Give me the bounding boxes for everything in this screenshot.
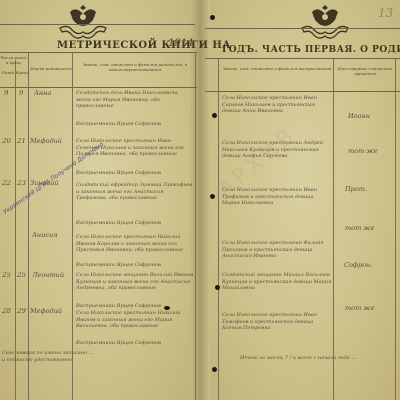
row-4-name: Леонтий xyxy=(32,272,64,279)
binding-hole xyxy=(212,113,217,118)
row-2-parents: Солдатский ефрейтор Зиновий Прокофьев и … xyxy=(76,182,194,216)
col-divider xyxy=(218,58,219,400)
header-bottom-rule-right xyxy=(205,91,400,92)
header-top-rule-right xyxy=(205,58,400,59)
col-divider xyxy=(15,60,16,400)
row-2-note: Восприемники Ярцев Софронов xyxy=(76,220,194,227)
row-2-baptism: 23 xyxy=(17,180,26,187)
col-divider xyxy=(195,52,196,400)
row-1-priest: тот же xyxy=(348,148,378,155)
row-5-birth: 28 xyxy=(2,308,11,315)
col-header-names: Имена родившихся xyxy=(30,66,72,78)
binding-hole xyxy=(212,367,217,372)
col-header-priest: Кто совершал таинство крещения xyxy=(336,66,394,80)
col-header-sponsors: Звание, имя, отчество и фамилия восприем… xyxy=(222,66,332,80)
binding-hole xyxy=(210,15,215,20)
row-2-priest: Прот. xyxy=(345,186,367,193)
left-page-title: МЕТРИЧЕСКОЙ КНИГИ НА xyxy=(57,40,231,51)
header-top-rule-left xyxy=(0,52,197,53)
col-header-baptism: Крещ. xyxy=(16,70,28,84)
row-0-birth: 9 xyxy=(4,90,8,97)
col-header-parents: Звание, имя, отчество и фамилия родителе… xyxy=(76,62,194,76)
binding-hole xyxy=(164,306,170,310)
row-0-note: Восприемники Ярцев Софронов xyxy=(76,121,194,128)
row-4-priest: Софрон. xyxy=(344,262,372,269)
col-divider xyxy=(72,52,73,400)
binding-hole xyxy=(215,285,220,290)
row-1-birth: 20 xyxy=(2,138,11,145)
row-4-baptism: 25 xyxy=(17,272,26,279)
eagle-emblem-right-icon xyxy=(300,2,350,40)
row-5-baptism: 29 xyxy=(17,308,26,315)
left-footer-note: Сего января по имени записано ... и подп… xyxy=(2,350,94,364)
row-0-sponsors: Села Никольское крестьянин Иван Сергеев … xyxy=(222,95,332,123)
row-3-note: Восприемники Ярцев Софронов xyxy=(76,262,194,269)
row-4-birth: 25 xyxy=(2,272,11,279)
row-5-priest: тот же xyxy=(345,305,375,312)
top-rule-left xyxy=(0,24,195,25)
row-5-note: Восприемники Ярцев Софронов xyxy=(76,340,194,347)
year-handwritten: 1914 xyxy=(168,38,193,49)
col-divider xyxy=(333,58,334,400)
row-3-sponsors: Села Никольское крестьянин Филипп Прохор… xyxy=(222,240,332,268)
row-5-sponsors: Села Никольское крестьянин Иван Тимофеев… xyxy=(222,312,332,340)
row-0-baptism: 9 xyxy=(19,90,23,97)
row-1-baptism: 21 xyxy=(17,138,26,145)
right-footer-note: Итого за месяц 7 / и всего с начала года… xyxy=(240,355,400,369)
row-4-note: Восприемники Ярцев Софронов xyxy=(76,303,194,310)
row-5-name: Мефодий xyxy=(30,308,62,315)
row-4-parents: Села Никольское мещанин Василий Иванов К… xyxy=(76,272,194,300)
row-0-name: Анна xyxy=(34,90,51,97)
row-1-note: Восприемники Ярцев Софронов xyxy=(76,170,194,177)
binding-hole xyxy=(210,194,215,199)
row-0-parents: Солдатская дочь Ивана Николаевича, жена … xyxy=(76,90,194,118)
right-page-title: ГОДЪ. ЧАСТЬ ПЕРВАЯ. О РОДИВШИХСЯ. xyxy=(222,45,400,55)
col-header-birth: Рожд. xyxy=(2,70,14,84)
row-2-sponsors: Села Никольское крестьянин Иван Трофимов… xyxy=(222,187,332,215)
row-1-name: Мефодий xyxy=(30,138,62,145)
page-number-pencil: 13 xyxy=(378,6,393,20)
row-2-birth: 22 xyxy=(2,180,11,187)
row-5-parents: Села Никольское крестьянин Николай Ивано… xyxy=(76,310,194,338)
row-3-priest: тот же xyxy=(345,225,375,232)
row-1-sponsors: Села Никольское крестьянин Андрей Никола… xyxy=(222,140,332,168)
header-bottom-rule-left xyxy=(0,87,197,88)
eagle-emblem-left-icon xyxy=(58,2,108,40)
col-header-dates: Число рожд. и крещ. xyxy=(0,55,28,67)
row-3-parents: Села Никольское крестьянин Николай Ивано… xyxy=(76,234,194,262)
row-4-sponsors: Солдатский мещанин Михаил Васильев Кузне… xyxy=(222,272,332,306)
top-rule-right xyxy=(205,28,400,29)
col-divider xyxy=(395,58,396,400)
row-3-name: Анисия xyxy=(32,232,58,239)
row-0-priest: Иоанн xyxy=(348,113,370,120)
col-divider xyxy=(28,52,29,400)
